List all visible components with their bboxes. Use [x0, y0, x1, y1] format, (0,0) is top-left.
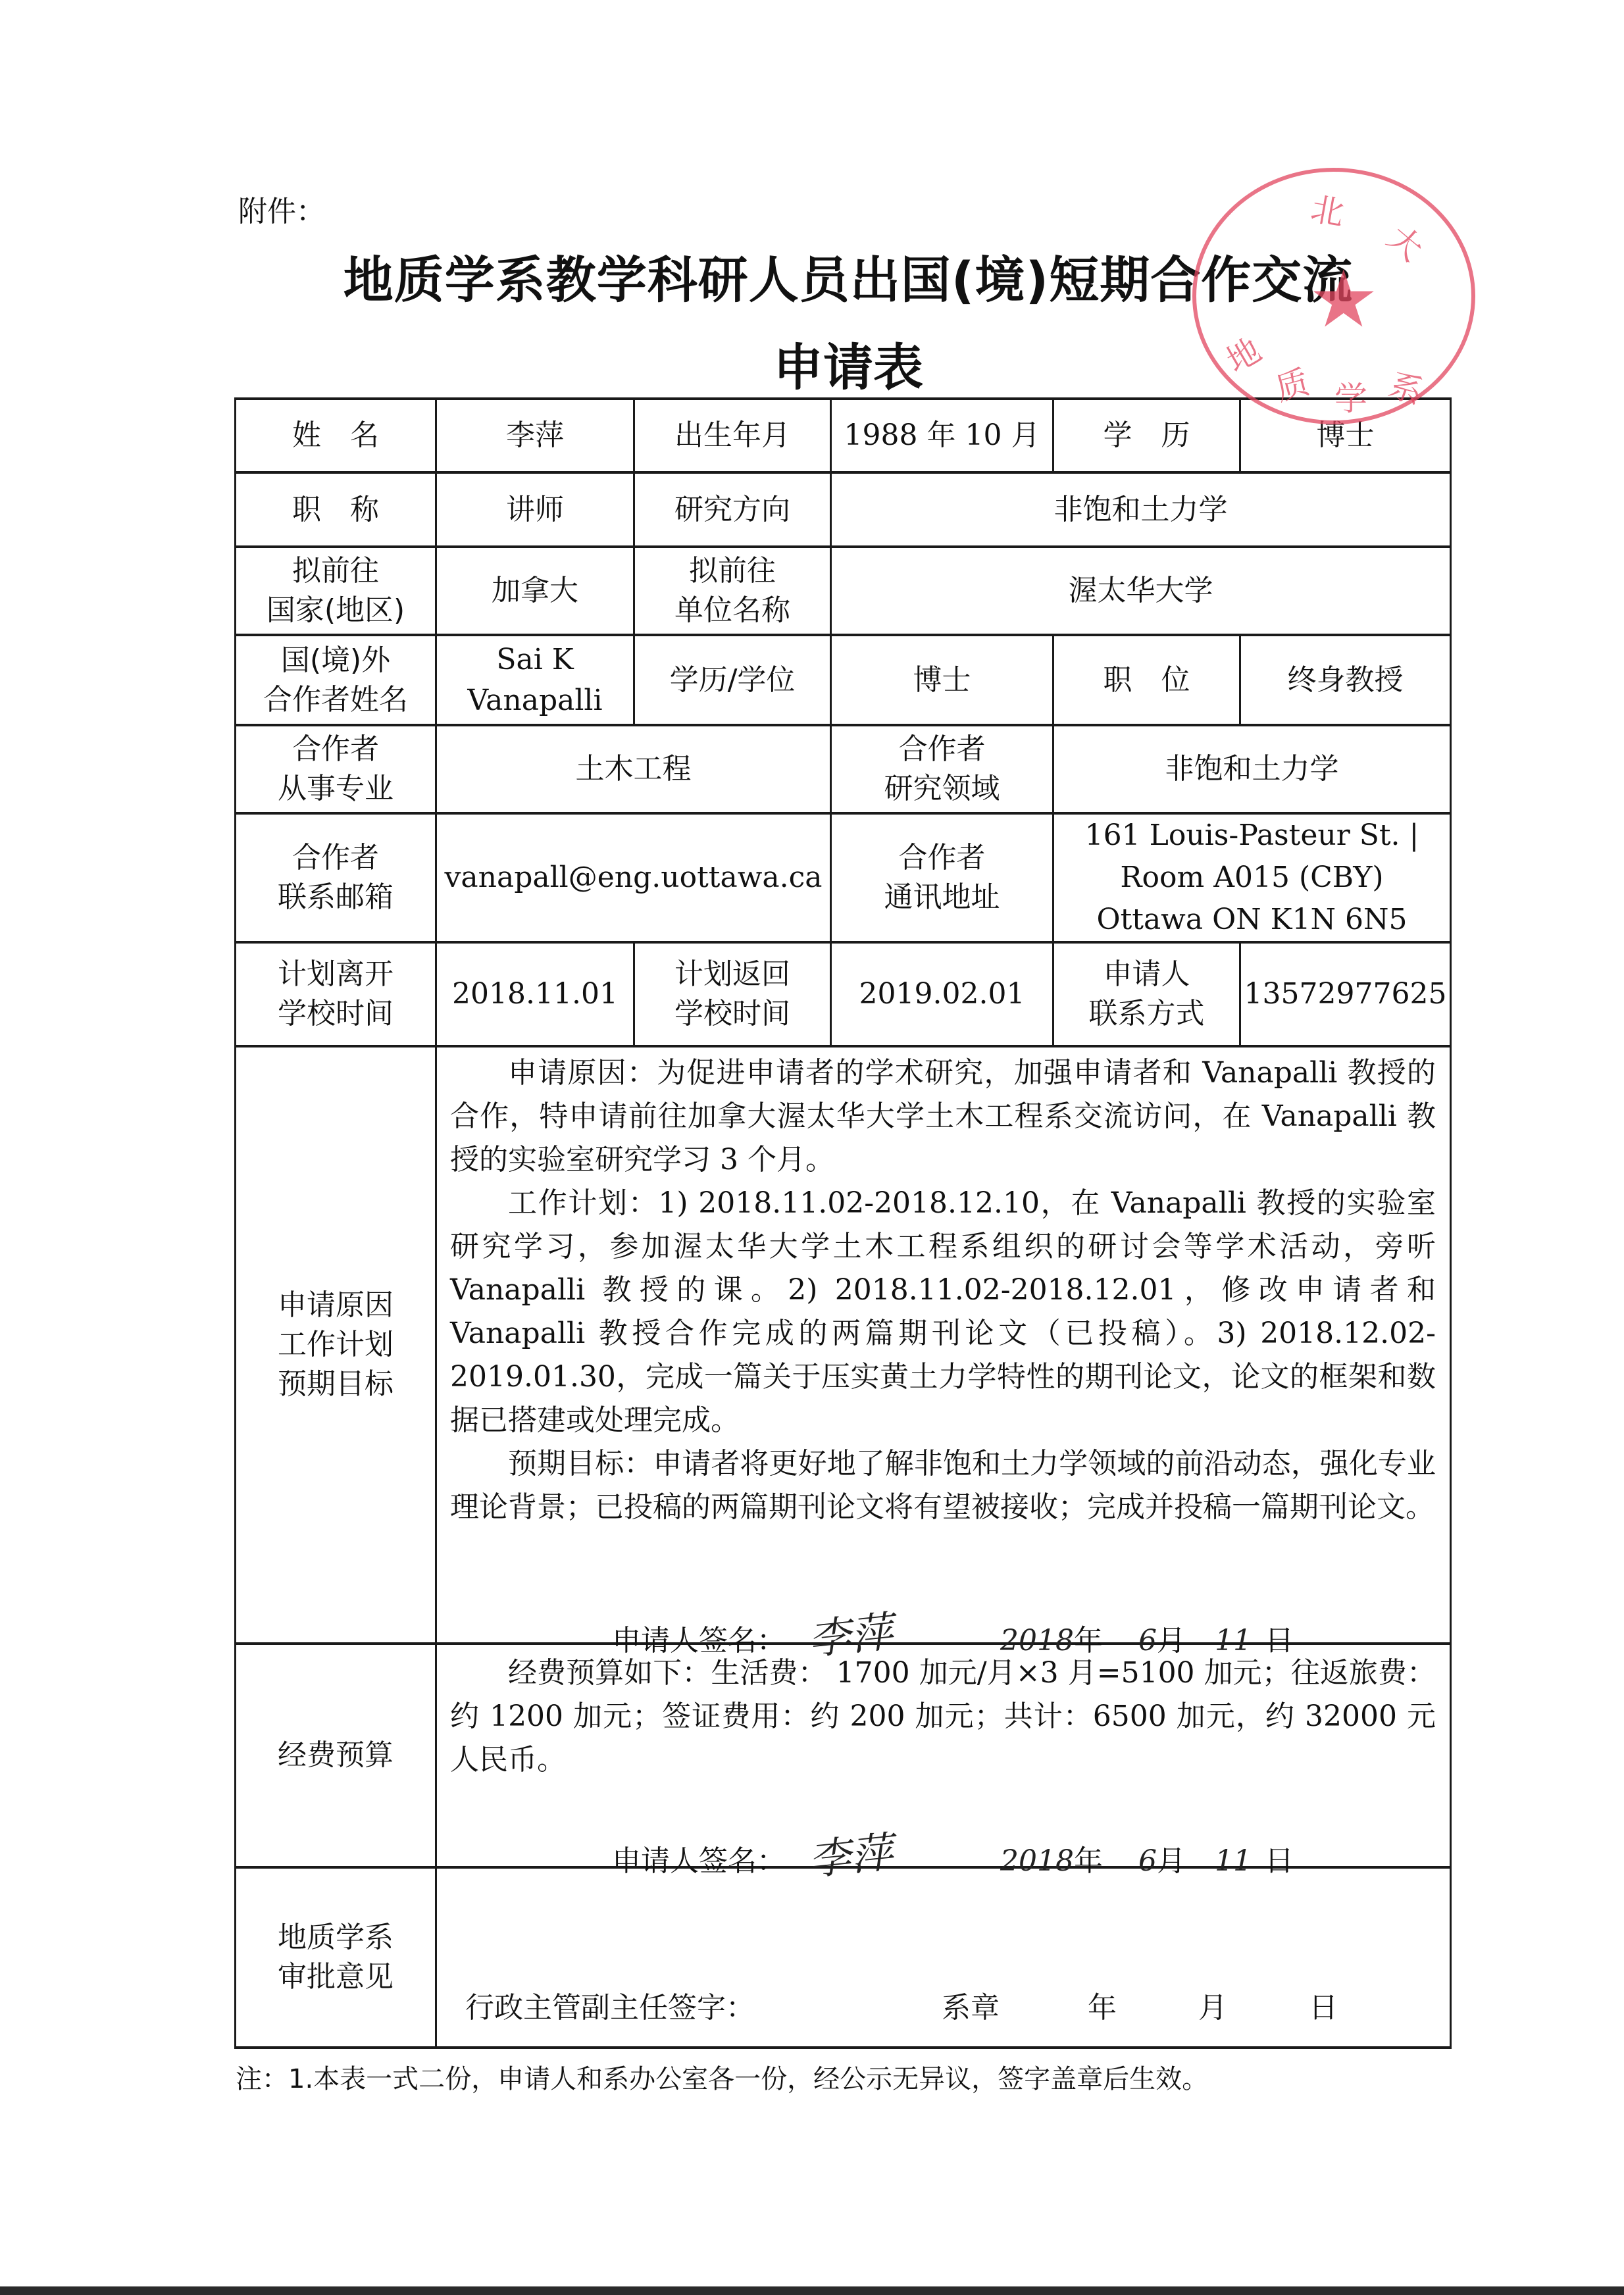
day-unit: 日: [1265, 1844, 1294, 1878]
applicant-contact-value: 13572977625: [1241, 944, 1450, 1045]
expected-goal-paragraph: 预期目标：申请者将更好地了解非饱和土力学领域的前沿动态，强化专业理论背景；已投稿…: [450, 1442, 1436, 1529]
partner-degree-value: 博士: [832, 636, 1052, 724]
address-line: Ottawa ON K1N 6N5: [1097, 899, 1408, 941]
partner-name-label: 国(境)外 合作者姓名: [236, 636, 435, 724]
label-line: 审批意见: [278, 1957, 393, 1997]
label-line: 地质学系: [278, 1918, 393, 1957]
label-line: 拟前往: [689, 551, 776, 591]
return-date-value: 2019.02.01: [832, 944, 1052, 1045]
reason-plan-goal-text: 申请原因：为促进申请者的学术研究，加强申请者和 Vanapalli 教授的合作，…: [450, 1051, 1436, 1529]
signature-label: 申请人签名：: [612, 1844, 786, 1878]
table-border-bottom: [234, 2046, 1452, 2049]
value-line: Sai K: [496, 640, 573, 680]
destination-unit-value: 渥太华大学: [832, 548, 1450, 634]
research-direction-value: 非饱和土力学: [832, 474, 1450, 545]
partner-address-label: 合作者 通讯地址: [832, 815, 1052, 941]
department-approval-label: 地质学系 审批意见: [236, 1869, 435, 2046]
form-title: 地质学系教学科研人员出国(境)短期合作交流: [0, 240, 1624, 312]
education-value: 博士: [1241, 400, 1450, 471]
label-line: 工作计划: [278, 1325, 393, 1365]
year-unit: 年: [1074, 1844, 1103, 1878]
day-unit: 日: [1309, 1991, 1338, 2025]
label-line: 申请原因: [278, 1286, 393, 1325]
destination-country-label: 拟前往 国家(地区): [236, 548, 435, 634]
form-subtitle: 申请表: [0, 328, 1624, 399]
label-line: 拟前往: [292, 551, 379, 591]
budget-text: 经费预算如下：生活费： 1700 加元/月×3 月=5100 加元；往返旅费：约…: [450, 1652, 1436, 1782]
partner-degree-label: 学历/学位: [635, 636, 830, 724]
research-direction-label: 研究方向: [635, 474, 830, 545]
partner-field-label: 合作者 研究领域: [832, 726, 1052, 812]
partner-position-value: 终身教授: [1241, 636, 1450, 724]
partner-field-value: 非饱和土力学: [1054, 726, 1450, 812]
partner-email-label: 合作者 联系邮箱: [236, 815, 435, 941]
label-line: 从事专业: [278, 769, 393, 809]
return-date-label: 计划返回 学校时间: [635, 944, 830, 1045]
attachment-label: 附件：: [238, 188, 325, 230]
budget-paragraph: 经费预算如下：生活费： 1700 加元/月×3 月=5100 加元；往返旅费：约…: [450, 1652, 1436, 1782]
sign-year: 2018: [1000, 1844, 1074, 1878]
stamp-char: 北: [1307, 182, 1348, 235]
month-unit: 月: [1198, 1991, 1227, 2025]
label-line: 合作者: [292, 730, 379, 769]
label-line: 研究领域: [884, 769, 1000, 809]
approver-signature-label: 行政主管副主任签字：: [465, 1991, 755, 2025]
partner-position-label: 职 位: [1054, 636, 1239, 724]
partner-major-value: 土木工程: [437, 726, 830, 812]
destination-country-value: 加拿大: [437, 548, 633, 634]
scan-edge: [0, 2286, 1624, 2295]
month-unit: 月: [1157, 1844, 1186, 1878]
value-line: Vanapalli: [467, 680, 602, 721]
label-line: 计划返回: [674, 955, 790, 994]
sign-month: 6: [1138, 1844, 1157, 1878]
name-value: 李萍: [437, 400, 633, 471]
application-reason-paragraph: 申请原因：为促进申请者的学术研究，加强申请者和 Vanapalli 教授的合作，…: [450, 1051, 1436, 1182]
address-line: Room A015 (CBY): [1120, 857, 1383, 899]
birth-value: 1988 年 10 月: [832, 400, 1052, 471]
approval-signature-line: 行政主管副主任签字： 系章 年 月 日: [465, 1984, 1338, 2026]
partner-major-label: 合作者 从事专业: [236, 726, 435, 812]
label-line: 单位名称: [674, 591, 790, 630]
address-line: 161 Louis-Pasteur St. |: [1085, 815, 1419, 857]
partner-address-value: 161 Louis-Pasteur St. | Room A015 (CBY) …: [1054, 815, 1450, 941]
birth-label: 出生年月: [635, 400, 830, 471]
label-line: 申请人: [1104, 955, 1190, 994]
label-line: 国(境)外: [281, 641, 390, 680]
partner-email-value: vanapall@eng.uottawa.ca: [437, 815, 830, 941]
destination-unit-label: 拟前往 单位名称: [635, 548, 830, 634]
year-unit: 年: [1088, 1991, 1117, 2025]
label-line: 通讯地址: [884, 878, 1000, 917]
job-title-label: 职 称: [236, 474, 435, 545]
education-label: 学 历: [1054, 400, 1239, 471]
reason-plan-goal-label: 申请原因 工作计划 预期目标: [236, 1047, 435, 1642]
department-seal-label: 系章: [942, 1991, 1000, 2025]
sign-day: 11: [1215, 1844, 1252, 1878]
leave-date-label: 计划离开 学校时间: [236, 944, 435, 1045]
table-border-right: [1450, 397, 1452, 2049]
budget-label: 经费预算: [236, 1645, 435, 1866]
work-plan-paragraph: 工作计划：1) 2018.11.02-2018.12.10，在 Vanapall…: [450, 1182, 1436, 1442]
footer-note: 注：1.本表一式二份，申请人和系办公室各一份，经公示无异议，签字盖章后生效。: [236, 2058, 1208, 2096]
label-line: 合作者: [899, 838, 986, 878]
handwritten-signature: 李萍: [805, 1819, 896, 1888]
applicant-contact-label: 申请人 联系方式: [1054, 944, 1239, 1045]
label-line: 国家(地区): [266, 591, 405, 630]
label-line: 学校时间: [674, 994, 790, 1034]
label-line: 合作者姓名: [263, 680, 408, 720]
label-line: 联系方式: [1089, 994, 1205, 1034]
label-line: 联系邮箱: [278, 878, 393, 917]
partner-name-value: Sai K Vanapalli: [437, 636, 633, 724]
label-line: 合作者: [292, 838, 379, 878]
label-line: 预期目标: [278, 1365, 393, 1404]
label-line: 合作者: [899, 730, 986, 769]
budget-signature-line: 申请人签名： 李萍 2018年 6月 11日: [612, 1823, 1294, 1883]
job-title-value: 讲师: [437, 474, 633, 545]
leave-date-value: 2018.11.01: [437, 944, 633, 1045]
label-line: 学校时间: [278, 994, 393, 1034]
name-label: 姓 名: [236, 400, 435, 471]
label-line: 计划离开: [278, 955, 393, 994]
